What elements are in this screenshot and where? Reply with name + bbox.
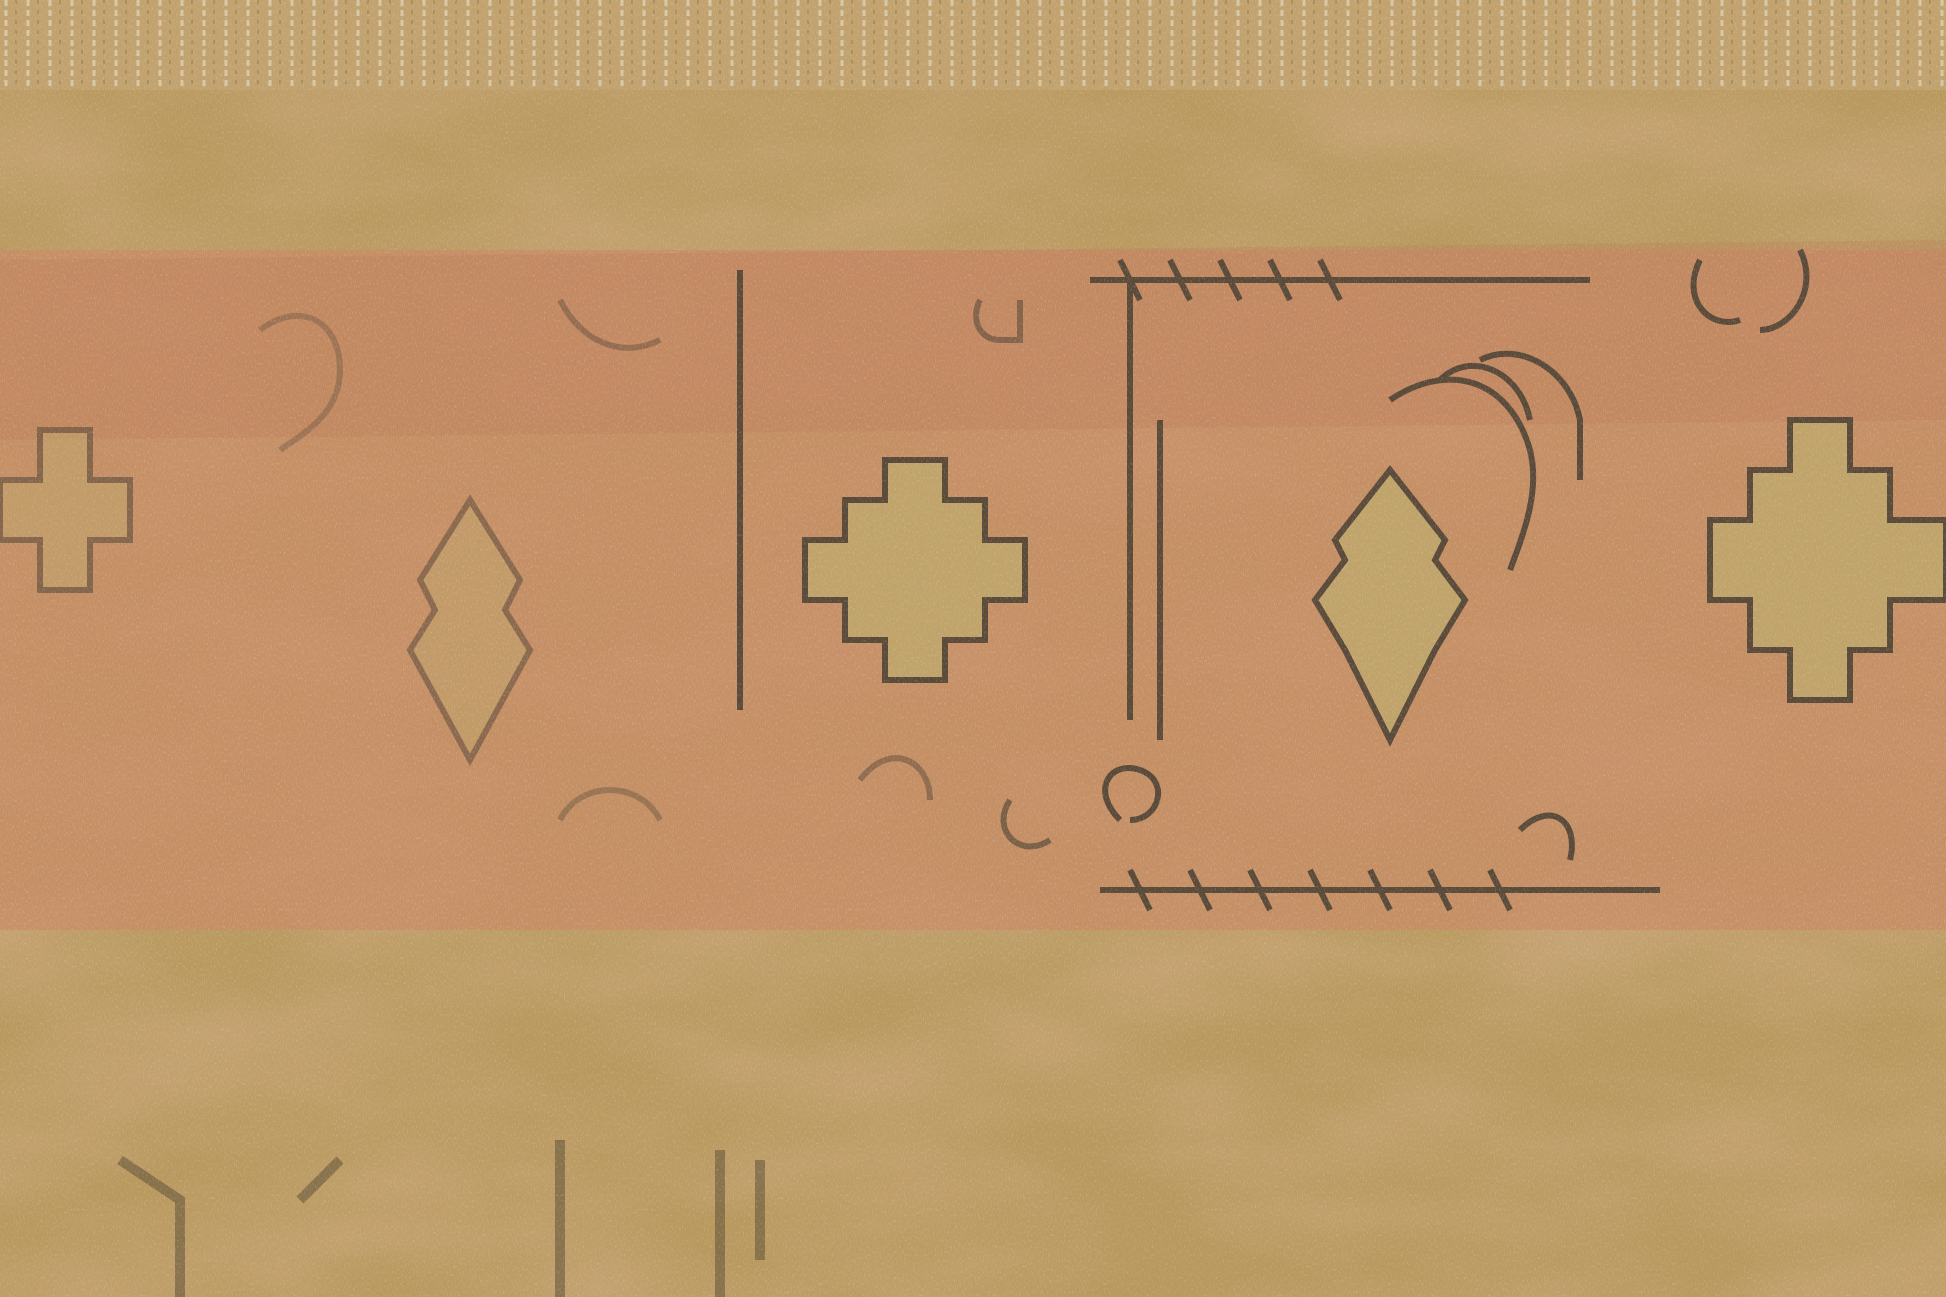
knot-speckle-overlay xyxy=(0,0,1946,1297)
rug-photo xyxy=(0,0,1946,1297)
rug-texture-canvas xyxy=(0,0,1946,1297)
